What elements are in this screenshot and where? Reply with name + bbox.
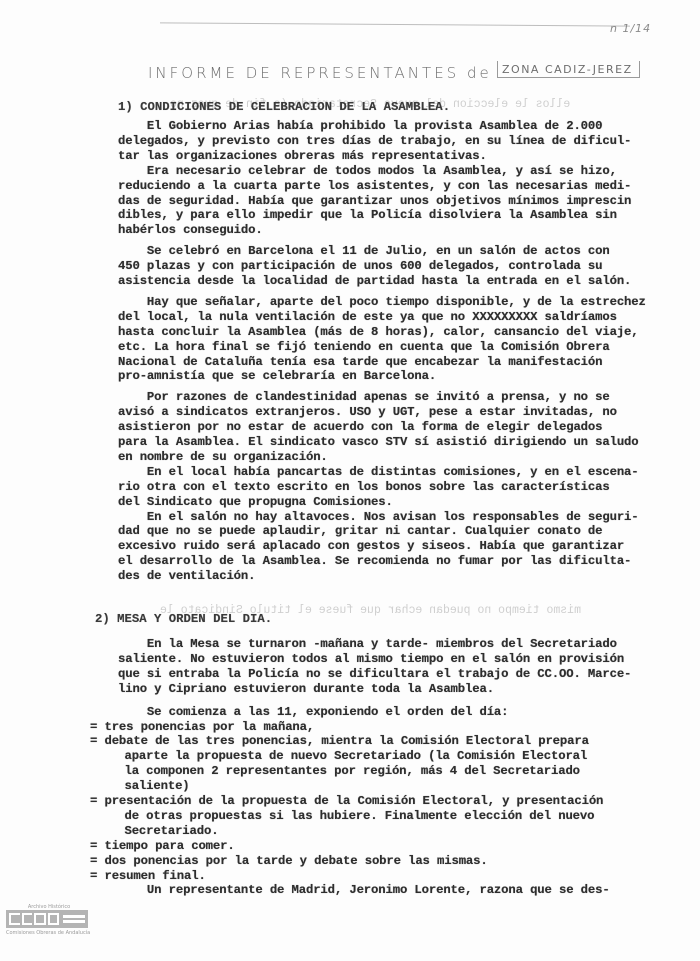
- handwritten-zone: ZONA CADIZ-JEREZ: [497, 61, 640, 78]
- typed-line: asistieron por no estar de acuerdo con l…: [118, 420, 602, 435]
- section-1-heading: 1) CONDICIONES DE CELEBRACION DE LA ASAM…: [118, 100, 450, 114]
- typed-line: Secretariado.: [110, 824, 218, 839]
- typed-line: excesivo ruido será aplacado con gestos …: [118, 539, 624, 554]
- document-page: n 1/14 INFORME DE REPRESENTANTES de ZONA…: [0, 0, 700, 961]
- typed-line: En el salón no hay altavoces. Nos avisan…: [118, 510, 639, 525]
- typed-line: tar las organizaciones obreras más repre…: [118, 149, 487, 164]
- section-2-heading: 2) MESA Y ORDEN DEL DIA.: [95, 612, 272, 626]
- typed-line: = debate de las tres ponencias, mientra …: [90, 734, 589, 749]
- typed-line: Por razones de clandestinidad apenas se …: [118, 390, 610, 405]
- typed-line: reduciendo a la cuarta parte los asisten…: [118, 179, 631, 194]
- typed-line: que si entraba la Policía no se dificult…: [118, 667, 631, 682]
- typed-line: asistencia desde la localidad de partida…: [118, 274, 631, 289]
- typed-line: 450 plazas y con participación de unos 6…: [118, 259, 602, 274]
- typed-line: para la Asamblea. El sindicato vasco STV…: [118, 435, 639, 450]
- typed-line: Se celebró en Barcelona el 11 de Julio, …: [118, 244, 610, 259]
- typed-line: dad que no se puede aplaudir, gritar ni …: [118, 524, 602, 539]
- typed-line: Hay que señalar, aparte del poco tiempo …: [118, 295, 646, 310]
- typed-line: el desarrollo de la Asamblea. Se recomie…: [118, 554, 631, 569]
- typed-line: = tiempo para comer.: [90, 839, 235, 854]
- typed-line: de otras propuestas si las hubiere. Fina…: [110, 809, 594, 824]
- typed-line: delegados, y previsto con tres días de t…: [118, 134, 631, 149]
- logo-bottom-text: Comisiones Obreras de Andalucía: [6, 930, 106, 936]
- typed-line: aparte la propuesta de nuevo Secretariad…: [110, 749, 587, 764]
- typed-line: del Sindicato que propugna Comisiones.: [118, 495, 393, 510]
- typed-line: rio otra con el texto escrito en los bon…: [118, 480, 610, 495]
- typed-line: en nombre de su organización.: [118, 450, 328, 465]
- typed-line: del local, la nula ventilación de este y…: [118, 310, 617, 325]
- typed-line: El Gobierno Arias había prohibido la pro…: [118, 119, 602, 134]
- typed-line: = tres ponencias por la mañana,: [90, 720, 314, 735]
- logo-o-icon: [34, 913, 45, 925]
- typed-line: des de ventilación.: [118, 569, 255, 584]
- typed-line: Nacional de Cataluña tenía esa tarde que…: [118, 355, 602, 370]
- logo-bars-icon: [63, 915, 85, 923]
- typed-line: la componen 2 representantes por región,…: [110, 764, 580, 779]
- typed-line: = presentación de la propuesta de la Com…: [90, 794, 603, 809]
- archive-logo: Archivo Histórico Comisiones Obreras de …: [6, 904, 106, 936]
- typed-line: En la Mesa se turnaron -mañana y tarde- …: [118, 637, 617, 652]
- ccoo-logo-mark: [6, 910, 88, 928]
- logo-c-icon: [9, 913, 20, 925]
- typed-line: lino y Cipriano estuvieron durante toda …: [118, 682, 494, 697]
- typed-line: = resumen final.: [90, 869, 206, 884]
- typed-line: saliente): [110, 779, 190, 794]
- typed-line: habérlos conseguido.: [118, 223, 263, 238]
- logo-c-icon: [22, 913, 33, 925]
- typed-line: = dos ponencias por la tarde y debate so…: [90, 854, 488, 869]
- typed-line: dibles, y para ello impedir que la Polic…: [118, 208, 617, 223]
- typed-line: En el local había pancartas de distintas…: [118, 465, 639, 480]
- typed-line: saliente. No estuvieron todos al mismo t…: [118, 652, 624, 667]
- logo-o-icon: [48, 913, 59, 925]
- handwritten-title: INFORME DE REPRESENTANTES de: [148, 64, 492, 82]
- top-rule: [160, 22, 630, 26]
- typed-line: etc. La hora final se fijó teniendo en c…: [118, 340, 610, 355]
- typed-line: pro-amnistía que se celebraría en Barcel…: [118, 369, 436, 384]
- typed-line: das de seguridad. Había que garantizar u…: [118, 194, 631, 209]
- typed-line: Era necesario celebrar de todos modos la…: [118, 164, 617, 179]
- typed-line: Un representante de Madrid, Jeronimo Lor…: [118, 883, 610, 898]
- typed-line: Se comienza a las 11, exponiendo el orde…: [118, 705, 508, 720]
- archive-reference: n 1/14: [610, 22, 651, 35]
- typed-line: hasta concluir la Asamblea (más de 8 hor…: [118, 325, 639, 340]
- typed-line: avisó a sindicatos extranjeros. USO y UG…: [118, 405, 617, 420]
